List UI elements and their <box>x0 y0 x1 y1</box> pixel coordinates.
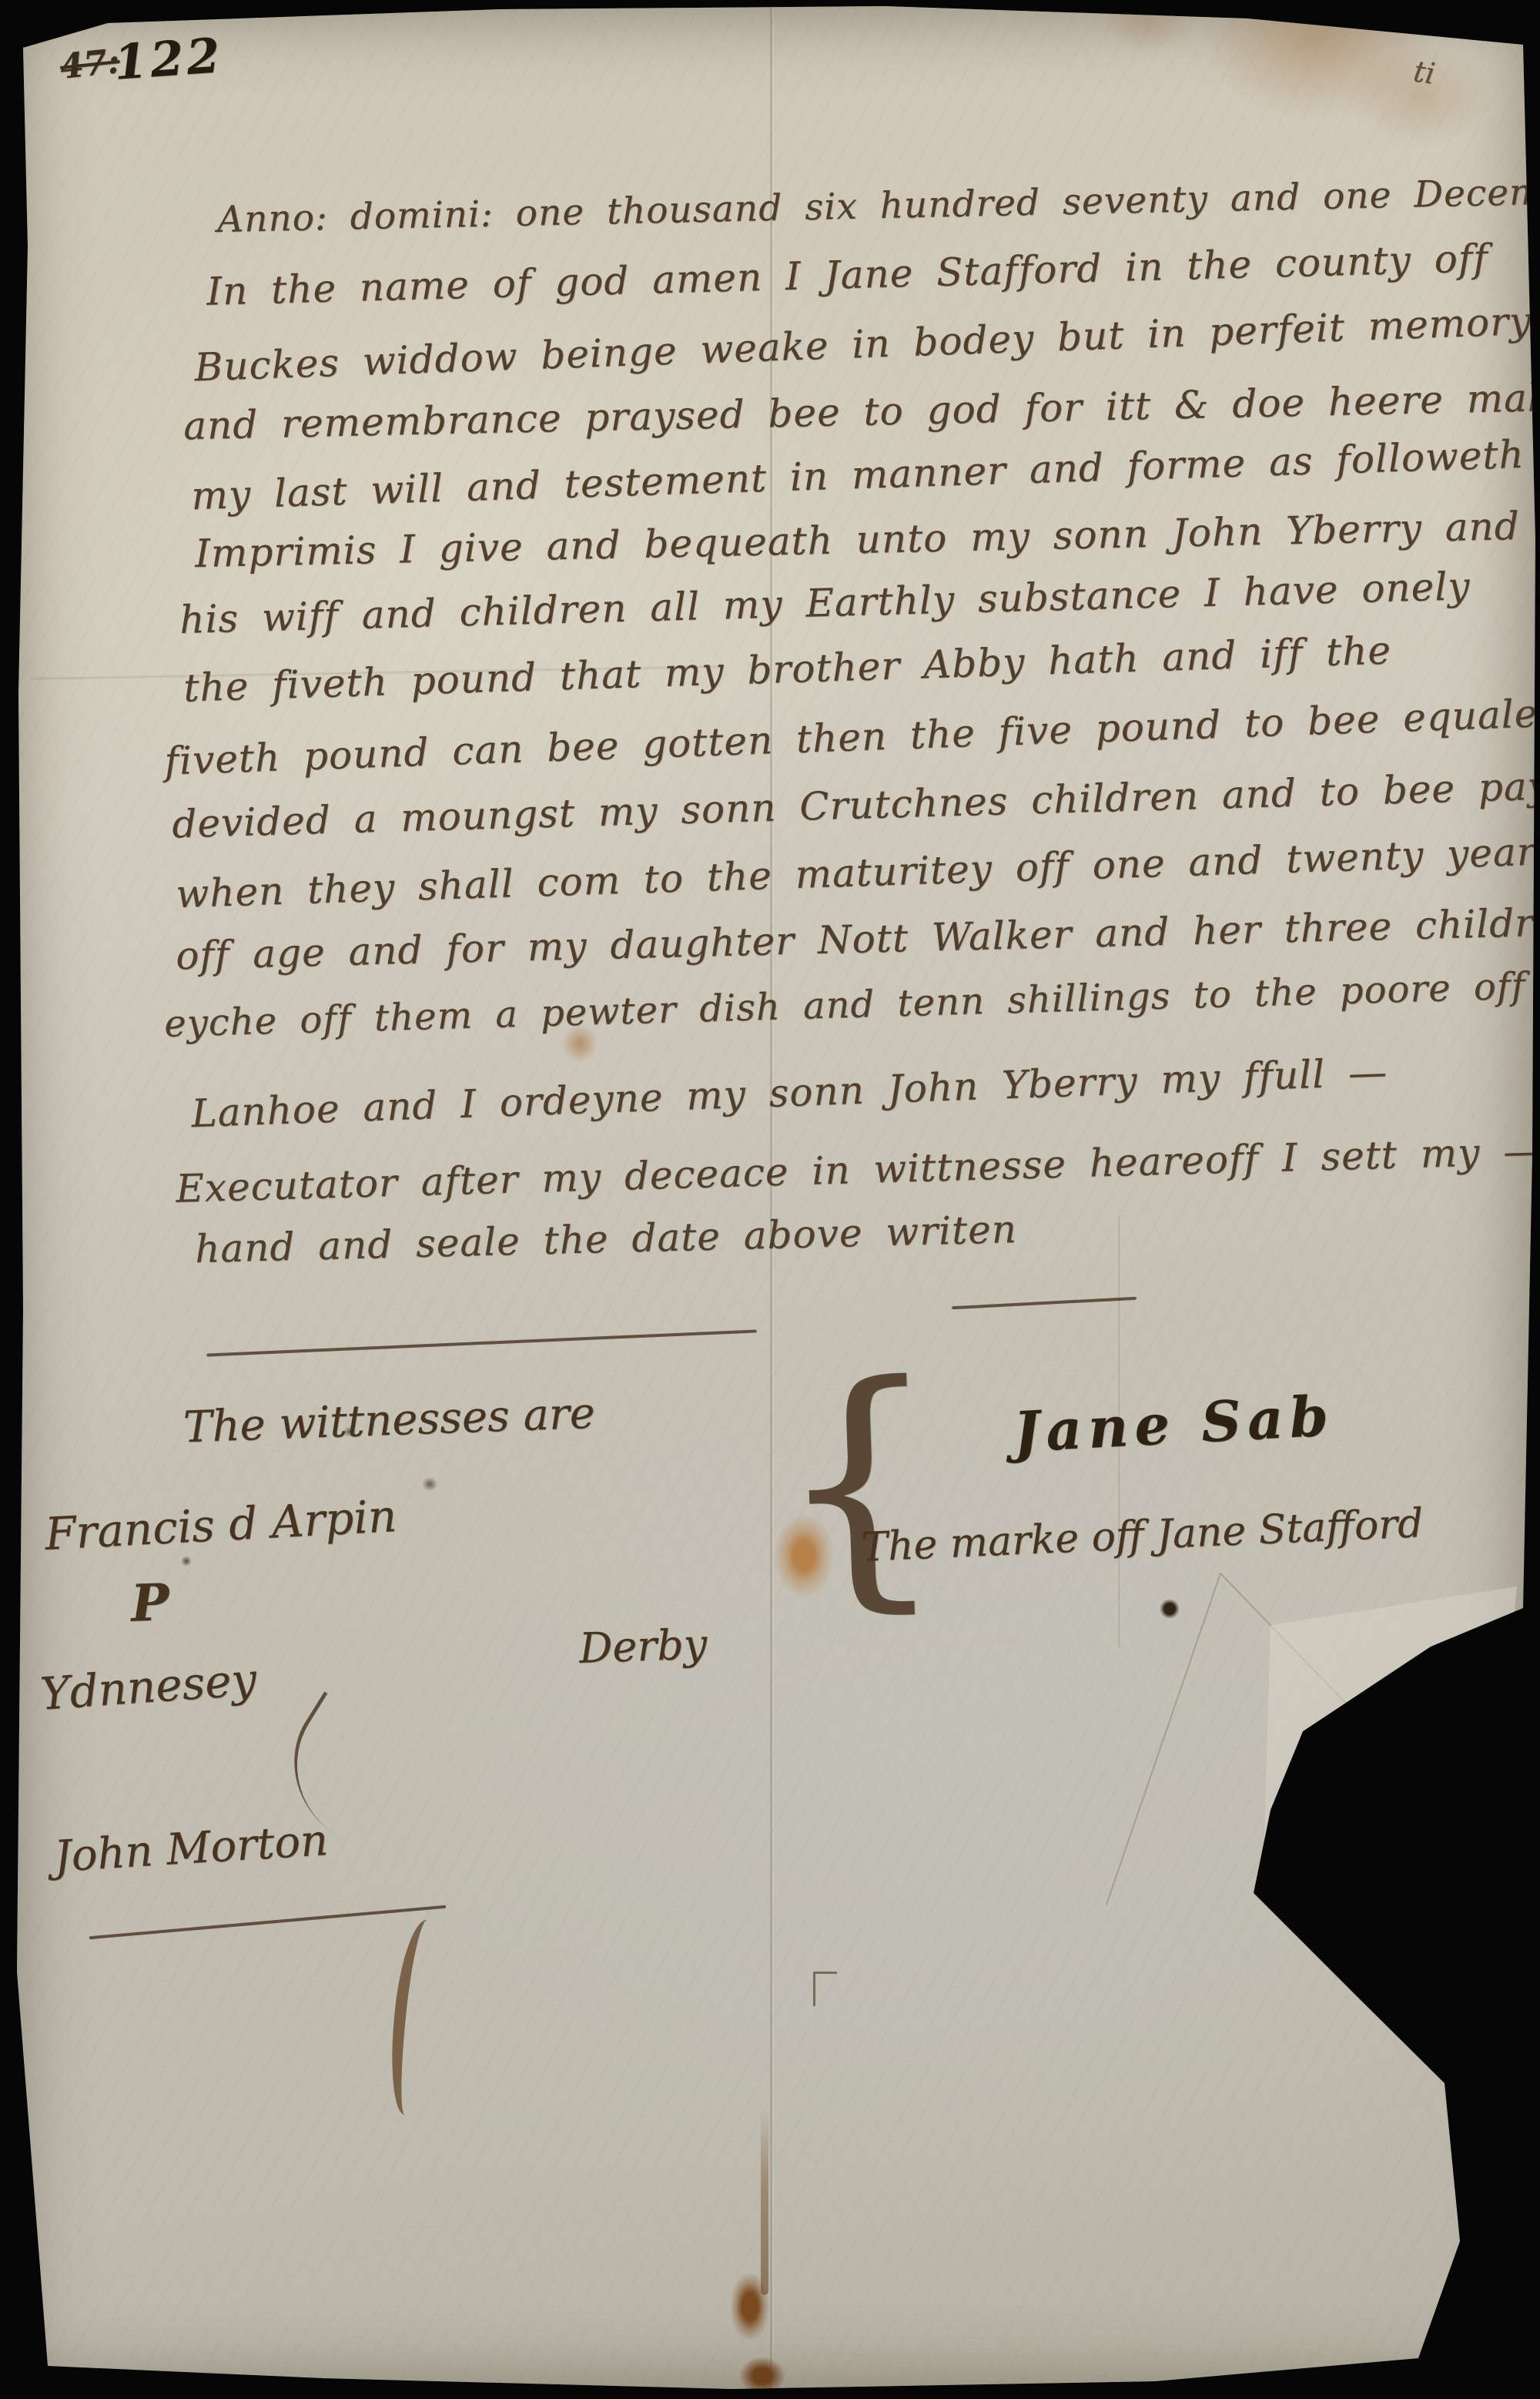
signature-underline <box>89 1905 447 1940</box>
folio-old-number: 47: <box>59 42 122 87</box>
paper-sheet: 47: 122 ti Anno: domini: one thousand si… <box>0 0 1540 2399</box>
testatrix-mark-caption: The marke off Jane Stafford <box>860 1500 1424 1571</box>
crease-damage-stain <box>739 2357 785 2395</box>
flourish-rule <box>206 1329 756 1356</box>
crease-damage-stain <box>730 2272 770 2341</box>
place-note: Derby <box>578 1620 708 1673</box>
manuscript-photo: 47: 122 ti Anno: domini: one thousand si… <box>0 0 1540 2399</box>
will-text-line: hand and seale the date above writen <box>194 1207 1017 1272</box>
curly-brace: { <box>772 1349 947 1617</box>
will-text-line: eyche off them a pewter dish and tenn sh… <box>164 963 1540 1046</box>
stain <box>1101 0 1193 54</box>
will-text-line: Anno: domini: one thousand six hundred s… <box>217 168 1540 241</box>
folio-number: 122 <box>112 27 225 91</box>
will-text-line: Buckes widdow beinge weake in bodey but … <box>194 299 1533 390</box>
will-text-line: Imprimis I give and bequeath unto my son… <box>195 504 1521 576</box>
stray-ink-stroke <box>384 1918 448 2118</box>
will-text-line: when they shall com to the maturitey off… <box>176 829 1540 916</box>
will-text-line: my last will and testement in manner and… <box>191 432 1525 518</box>
witness-signature: Ydnnesey <box>38 1653 258 1720</box>
witness-signature: Francis d Arpin <box>44 1489 398 1560</box>
corner-annotation: ti <box>1411 54 1438 91</box>
ink-speck <box>422 1477 437 1491</box>
will-text-line: off age and for my daughter Nott Walker … <box>176 900 1540 979</box>
flourish-rule <box>952 1297 1137 1310</box>
will-text-line: In the name of god amen I Jane Stafford … <box>206 236 1489 314</box>
will-text-line: his wiff and children all my Earthly sub… <box>179 564 1471 642</box>
testatrix-mark: Jane Sab <box>1012 1382 1336 1465</box>
crease-damage-streak <box>761 2110 768 2295</box>
small-bracket-mark <box>813 1972 837 2006</box>
will-text-line: Executator after my deceace in wittnesse… <box>176 1128 1540 1211</box>
stain <box>1201 0 1432 123</box>
ink-blot <box>1160 1599 1180 1619</box>
witness-signature: John Morton <box>52 1815 330 1882</box>
witnesses-heading: The wittnesses are <box>182 1389 596 1453</box>
folded-corner-flap <box>1247 1571 1525 2002</box>
witness-mark: P <box>130 1572 170 1633</box>
ink-speck <box>181 1556 192 1566</box>
will-text-line: Lanhoe and I ordeyne my sonn John Yberry… <box>190 1050 1388 1136</box>
diagonal-crease <box>1106 1573 1221 1905</box>
will-text-line: the fiveth pound that my brother Abby ha… <box>182 628 1391 710</box>
